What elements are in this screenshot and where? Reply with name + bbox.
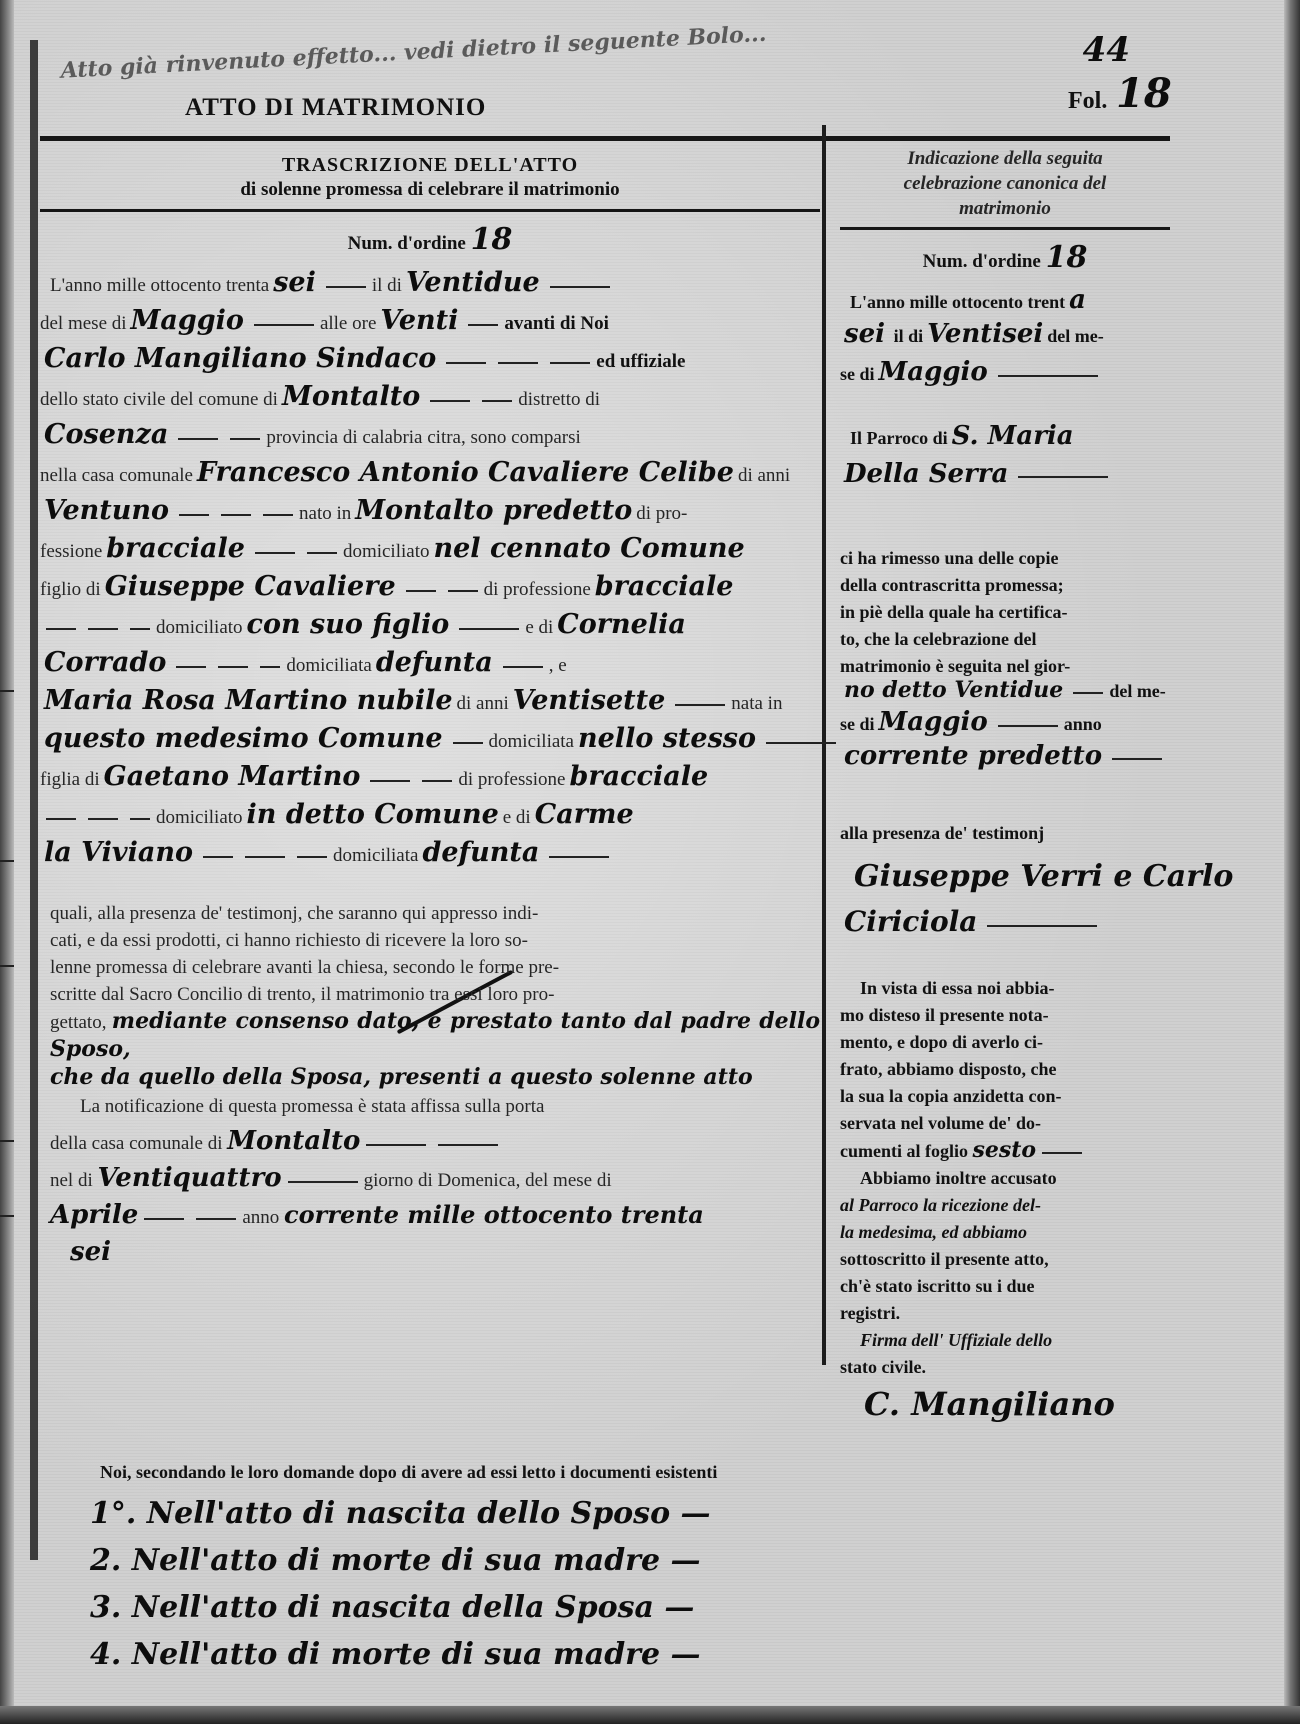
form-line-2: del mese diMaggioalle oreVentiavanti di … [40,305,609,336]
giorno-line: no detto Ventiduedel me- [840,677,1166,703]
order-value: 18 [471,222,513,257]
form-line-14: figlia diGaetano Martinodi professionebr… [40,761,712,792]
page-margin-line [30,40,38,1560]
form-line-11: Corradodomiciliatadefunta, e [40,647,567,678]
promise-transcription-section: TRASCRIZIONE DELL'ATTO di solenne promes… [40,140,820,887]
form-line-8: fessionebraccialedomiciliatonel cennato … [40,533,749,564]
form-line-9: figlio diGiuseppe Cavalieredi profession… [40,571,737,602]
subtitle-rule [40,209,820,212]
right-date-line-1: L'anno mille ottocento trenta [850,285,1090,315]
officer-signature: C. Mangiliano [860,1385,1119,1423]
form-line-13: questo medesimo Comunedomiciliatanello s… [40,723,842,754]
parroco-line-2: Della Serra [840,459,1114,489]
promise-paragraph: quali, alla presenza de' testimonj, che … [50,900,820,1091]
right-title-rule [840,227,1170,230]
right-date-line-2: sei il diVentiseidel me- [840,319,1104,349]
witness-names-1: Giuseppe Verri e Carlo [850,859,1237,894]
folio-value: 18 [1116,70,1172,117]
scanned-register-page: Atto già rinvenuto effetto... vedi dietr… [0,0,1300,1724]
bottom-page-edge [0,1706,1300,1724]
right-body-2: In vista di essa noi abbia- mo disteso i… [840,975,1170,1381]
form-line-15: domiciliatoin detto Comunee diCarme [40,799,638,830]
form-line-5: Cosenzaprovincia di calabria citra, sono… [40,419,581,450]
section-subtitle: di solenne promessa di celebrare il matr… [40,179,820,201]
right-body-1: ci ha rimesso una delle copie della cont… [840,545,1170,680]
documents-list: 1°. Nell'atto di nascita dello Sposo — 2… [90,1490,711,1678]
order-label: Num. d'ordine [348,233,466,254]
document-item: 4. Nell'atto di morte di sua madre — [90,1631,711,1678]
canonical-celebration-section: Indicazione della seguita celebrazione c… [840,140,1170,1455]
form-line-10: domiciliatocon suo figlioe diCornelia [40,609,690,640]
document-item: 1°. Nell'atto di nascita dello Sposo — [90,1490,711,1537]
right-section-title: Indicazione della seguita celebrazione c… [840,146,1170,221]
left-binding-edge [0,0,14,1724]
right-form-body: L'anno mille ottocento trenta sei il diV… [840,275,1170,1455]
right-date-line-3: se diMaggio [840,357,1104,387]
section-title: TRASCRIZIONE DELL'ATTO [40,154,820,177]
form-lines: L'anno mille ottocento trentaseiil diVen… [40,267,820,887]
right-binding-edge [1284,0,1300,1724]
notification-paragraph: La notificazione di questa promessa è st… [50,1090,820,1269]
documents-intro: Noi, secondando le loro domande dopo di … [100,1462,717,1483]
witness-names-2: Ciriciola [840,905,1103,938]
anno-line: corrente predetto [840,741,1168,771]
form-line-6: nella casa comunaleFrancesco Antonio Cav… [40,457,790,488]
parroco-line: Il Parroco diS. Maria [850,421,1078,451]
form-line-3: Carlo Mangiliano Sindacoed uffiziale [40,343,685,374]
witness-label: alla presenza de' testimonj [840,823,1044,844]
folio-label: Fol. [1068,88,1107,115]
marginal-note: Atto già rinvenuto effetto... vedi dietr… [60,2,1120,83]
document-item: 3. Nell'atto di nascita della Sposa — [90,1584,711,1631]
form-line-12: Maria Rosa Martino nubiledi anniVentiset… [40,685,782,716]
page-number: 44 [1083,30,1130,70]
order-number-line: Num. d'ordine 18 [40,222,820,257]
right-order-number-line: Num. d'ordine 18 [840,240,1170,275]
document-title: ATTO DI MATRIMONIO [185,94,486,122]
form-line-1: L'anno mille ottocento trentaseiil diVen… [50,267,616,298]
form-line-16: la Vivianodomiciliatadefunta [40,837,615,868]
form-line-4: dello stato civile del comune diMontalto… [40,381,600,412]
document-item: 2. Nell'atto di morte di sua madre — [90,1537,711,1584]
form-line-7: Ventunonato inMontalto predettodi pro- [40,495,687,526]
mese-line: se diMaggioanno [840,707,1102,737]
